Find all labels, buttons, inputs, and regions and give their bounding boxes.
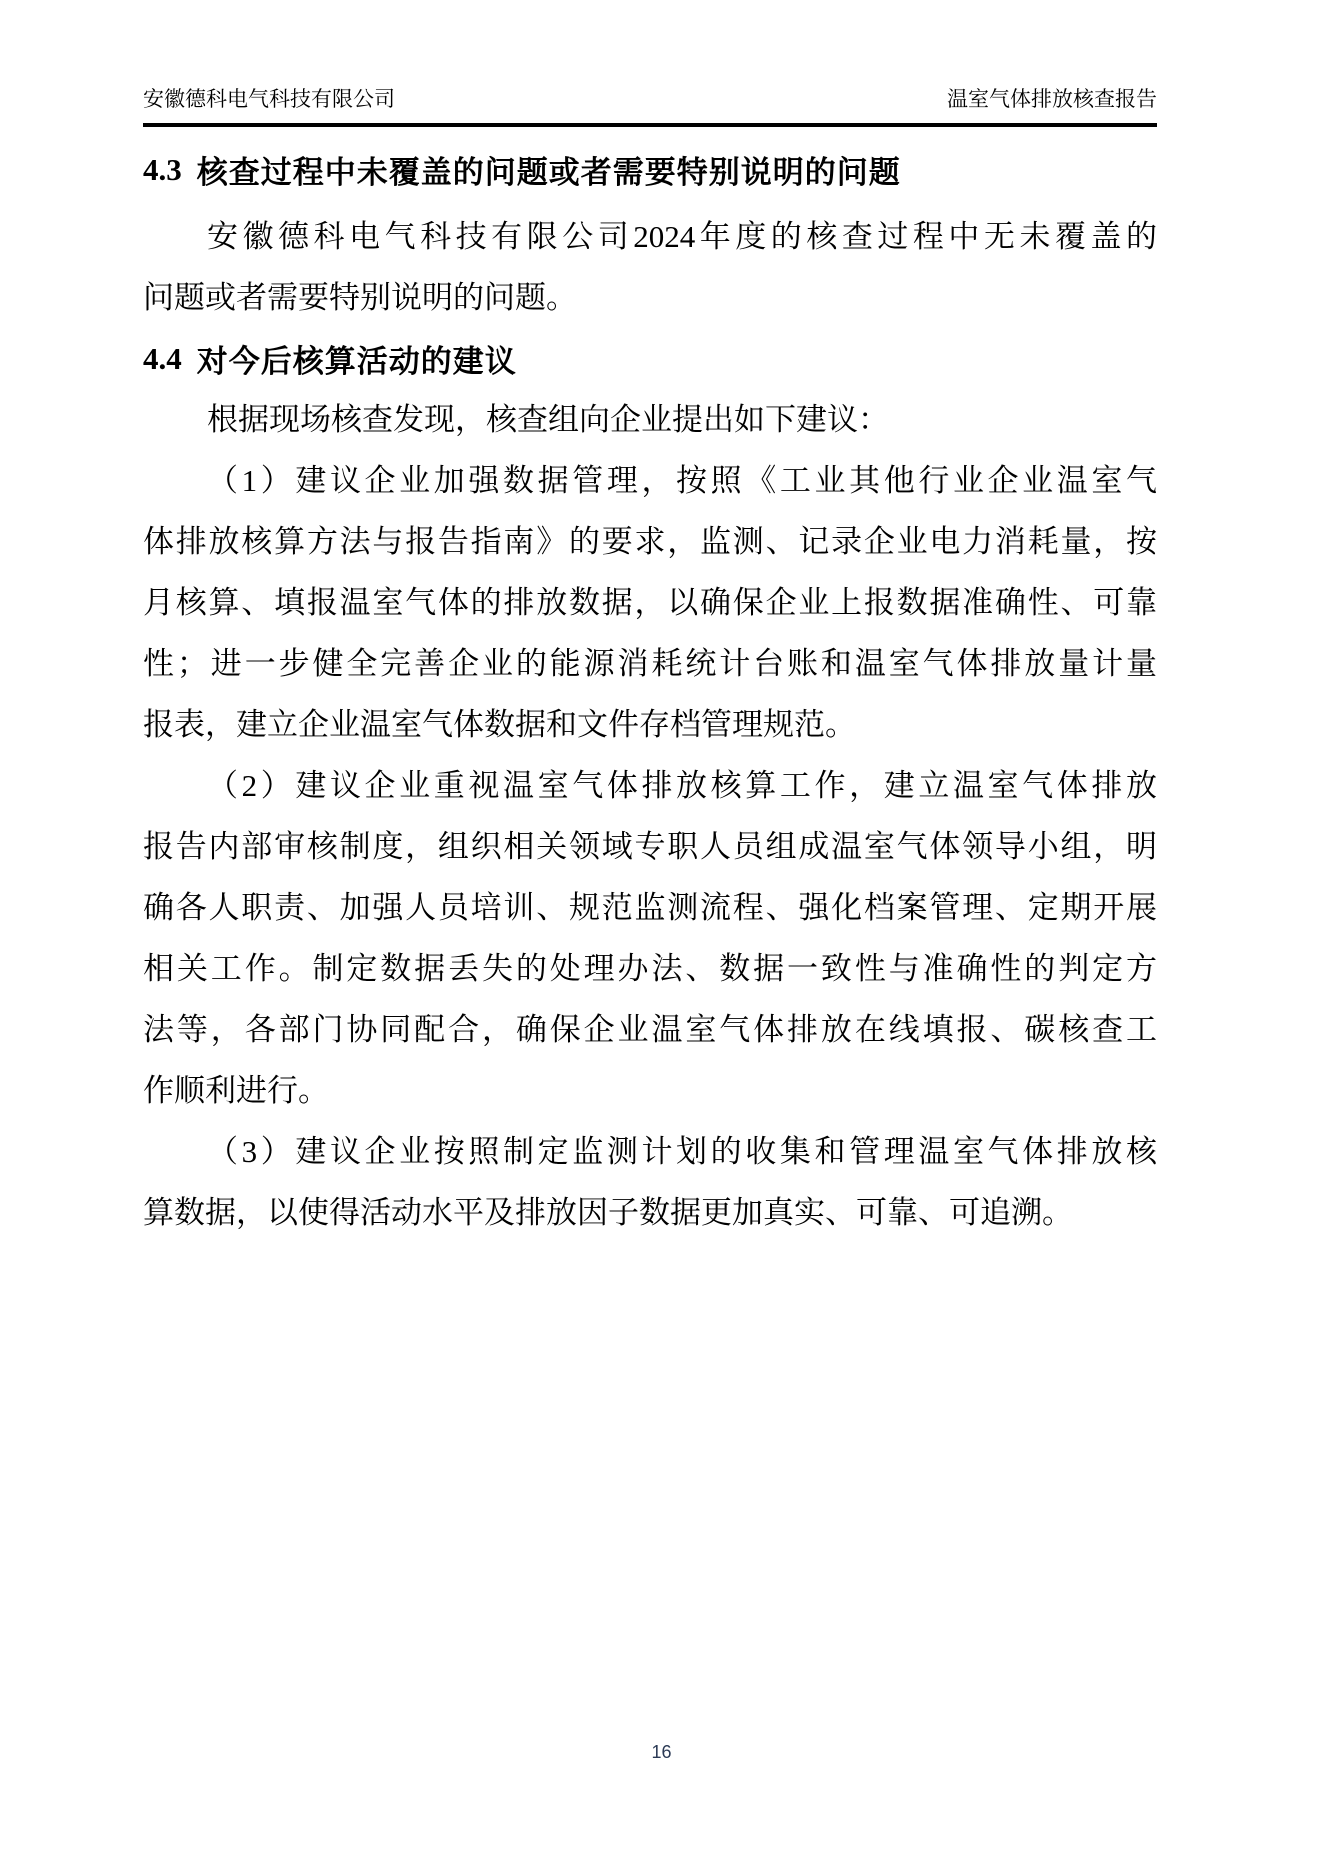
paragraph-line: 算数据，以使得活动水平及排放因子数据更加真实、可靠、可追溯。: [143, 1182, 1157, 1243]
paragraph-line: 安徽德科电气科技有限公司2024年度的核查过程中无未覆盖的: [143, 206, 1157, 267]
paragraph-line: 性；进一步健全完善企业的能源消耗统计台账和温室气体排放量计量: [143, 633, 1157, 694]
paragraph-suggestion-3: （3）建议企业按照制定监测计划的收集和管理温室气体排放核 算数据，以使得活动水平…: [143, 1121, 1157, 1243]
paragraph-line: 法等，各部门协同配合，确保企业温室气体排放在线填报、碳核查工: [143, 999, 1157, 1060]
paragraph-line: 报表，建立企业温室气体数据和文件存档管理规范。: [143, 694, 1157, 755]
page-header: 安徽德科电气科技有限公司 温室气体排放核查报告: [143, 0, 1157, 127]
paragraph-intro: 根据现场核查发现，核查组向企业提出如下建议：: [143, 389, 1157, 450]
paragraph-line: （1）建议企业加强数据管理，按照《工业其他行业企业温室气: [143, 450, 1157, 511]
header-company-name: 安徽德科电气科技有限公司: [143, 84, 395, 114]
section-number: 4.4: [143, 341, 182, 377]
paragraph-line: 体排放核算方法与报告指南》的要求，监测、记录企业电力消耗量，按: [143, 511, 1157, 572]
paragraph-line: 根据现场核查发现，核查组向企业提出如下建议：: [143, 389, 1157, 450]
document-body: 4.3 核查过程中未覆盖的问题或者需要特别说明的问题 安徽德科电气科技有限公司2…: [143, 139, 1157, 1243]
paragraph-line: 作顺利进行。: [143, 1060, 1157, 1121]
paragraph-line: 确各人职责、加强人员培训、规范监测流程、强化档案管理、定期开展: [143, 877, 1157, 938]
document-page: 安徽德科电气科技有限公司 温室气体排放核查报告 4.3 核查过程中未覆盖的问题或…: [0, 0, 1323, 1871]
section-heading-4-3: 4.3 核查过程中未覆盖的问题或者需要特别说明的问题: [143, 139, 1157, 200]
section-title: 核查过程中未覆盖的问题或者需要特别说明的问题: [197, 147, 901, 192]
paragraph-line: （2）建议企业重视温室气体排放核算工作，建立温室气体排放: [143, 755, 1157, 816]
header-report-title: 温室气体排放核查报告: [947, 84, 1157, 114]
paragraph-line: 月核算、填报温室气体的排放数据，以确保企业上报数据准确性、可靠: [143, 572, 1157, 633]
section-heading-4-4: 4.4 对今后核算活动的建议: [143, 328, 1157, 389]
paragraph-4-3: 安徽德科电气科技有限公司2024年度的核查过程中无未覆盖的 问题或者需要特别说明…: [143, 206, 1157, 328]
paragraph-line: 报告内部审核制度，组织相关领域专职人员组成温室气体领导小组，明: [143, 816, 1157, 877]
paragraph-line: （3）建议企业按照制定监测计划的收集和管理温室气体排放核: [143, 1121, 1157, 1182]
section-number: 4.3: [143, 152, 182, 188]
paragraph-suggestion-1: （1）建议企业加强数据管理，按照《工业其他行业企业温室气 体排放核算方法与报告指…: [143, 450, 1157, 755]
section-title: 对今后核算活动的建议: [197, 336, 517, 381]
page-number: 16: [0, 1740, 1323, 1764]
paragraph-line: 问题或者需要特别说明的问题。: [143, 267, 1157, 328]
paragraph-line: 相关工作。制定数据丢失的处理办法、数据一致性与准确性的判定方: [143, 938, 1157, 999]
paragraph-suggestion-2: （2）建议企业重视温室气体排放核算工作，建立温室气体排放 报告内部审核制度，组织…: [143, 755, 1157, 1121]
